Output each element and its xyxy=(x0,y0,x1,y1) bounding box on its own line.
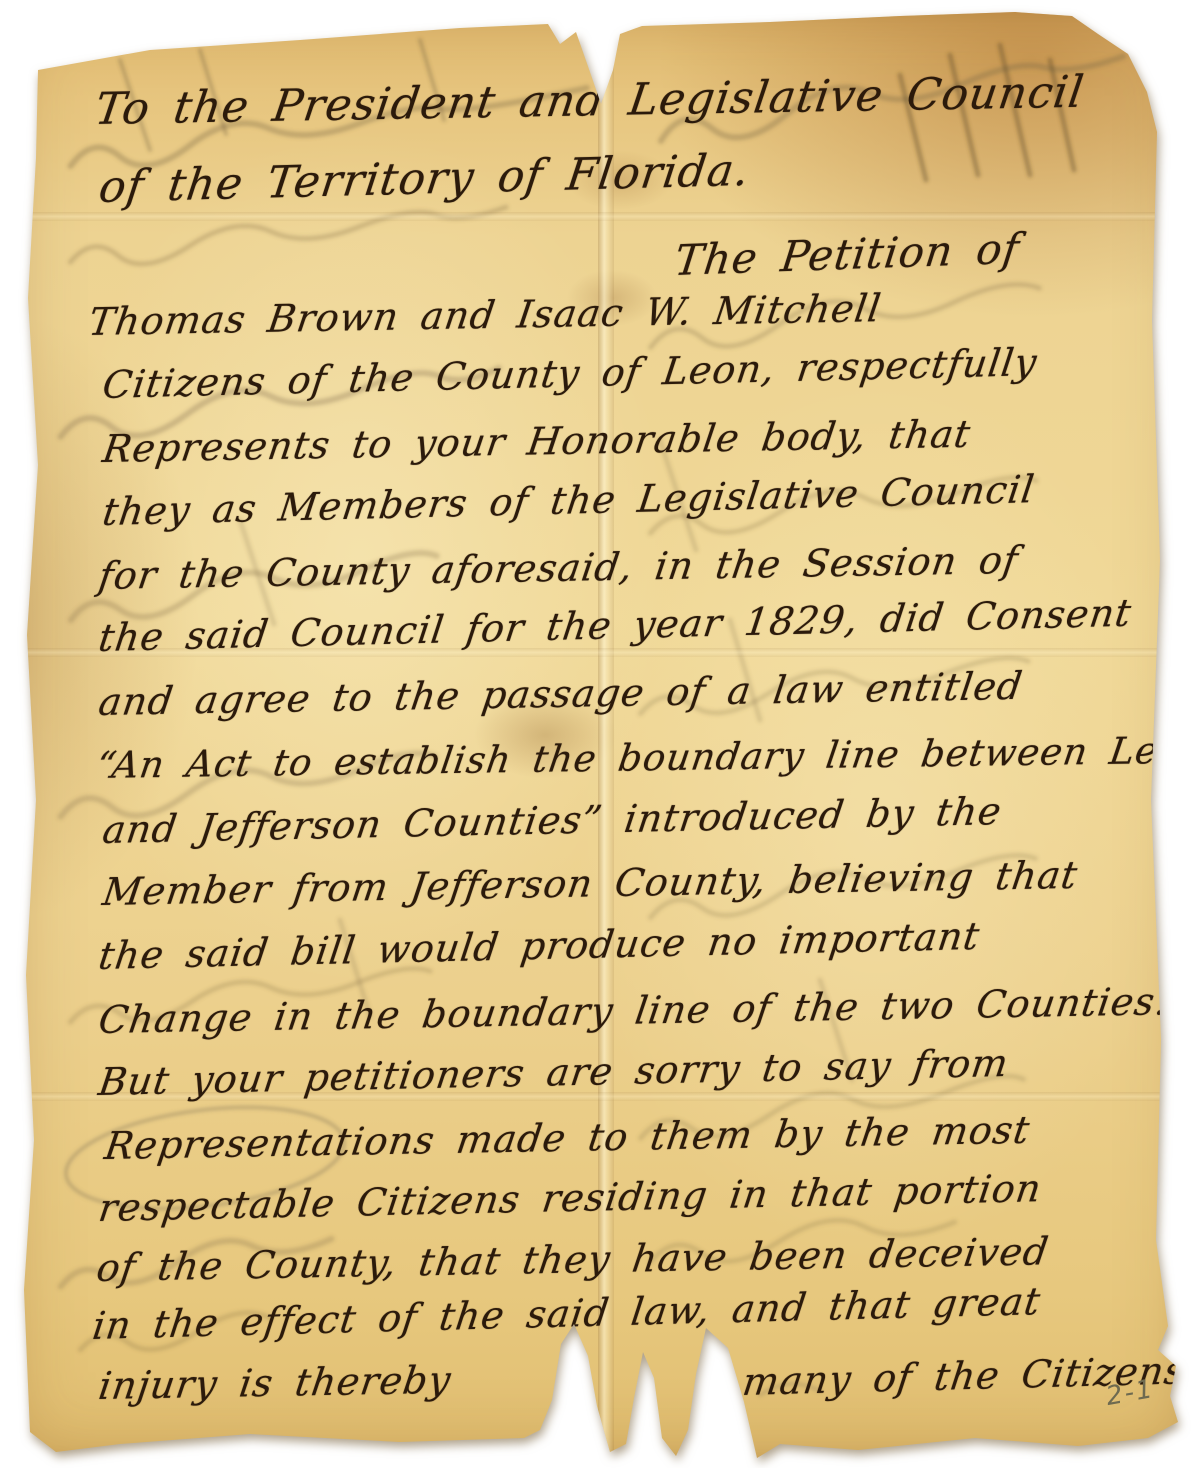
paper-shadow: To the President and Legislative Council… xyxy=(0,0,1200,1468)
manuscript-line: Change in the boundary line of the two C… xyxy=(96,979,1171,1042)
manuscript-line: “An Act to establish the boundary line b… xyxy=(94,728,1200,787)
manuscript-line: of the Territory of Florida. xyxy=(96,145,753,213)
manuscript-line: and Jefferson Counties” introduced by th… xyxy=(100,789,1005,852)
manuscript-line: they as Members of the Legislative Counc… xyxy=(100,467,1037,534)
manuscript-line: for the County aforesaid, in the Session… xyxy=(96,538,1021,598)
manuscript-line: and agree to the passage of a law entitl… xyxy=(96,664,1026,724)
manuscript-line: Citizens of the County of Leon, respectf… xyxy=(100,340,1040,407)
manuscript-text: To the President and Legislative Council… xyxy=(0,0,1200,1468)
manuscript-line: Thomas Brown and Isaac W. Mitchell xyxy=(86,286,884,344)
manuscript-line: injury is thereby xyxy=(96,1358,454,1408)
manuscript-line: respectable Citizens residing in that po… xyxy=(96,1166,1045,1230)
manuscript-line: Member from Jefferson County, believing … xyxy=(100,853,1081,914)
manuscript-line: Represents to your Honorable body, that xyxy=(100,412,974,471)
manuscript-line: in the effect of the said law, and that … xyxy=(90,1279,1043,1348)
manuscript-line: But your petitioners are sorry to say fr… xyxy=(96,1041,1012,1104)
manuscript-line: The Petition of xyxy=(672,224,1022,285)
manuscript-line: of the County, that they have been decei… xyxy=(94,1229,1052,1290)
scanner-background: To the President and Legislative Council… xyxy=(0,0,1200,1468)
manuscript-paper: To the President and Legislative Council… xyxy=(0,0,1200,1468)
manuscript-line: Representations made to them by the most xyxy=(102,1108,1033,1168)
manuscript-line: To the President and Legislative Council xyxy=(92,67,1087,135)
manuscript-line: the said bill would produce no important xyxy=(96,914,983,978)
manuscript-line: the said Council for the year 1829, did … xyxy=(96,591,1134,660)
